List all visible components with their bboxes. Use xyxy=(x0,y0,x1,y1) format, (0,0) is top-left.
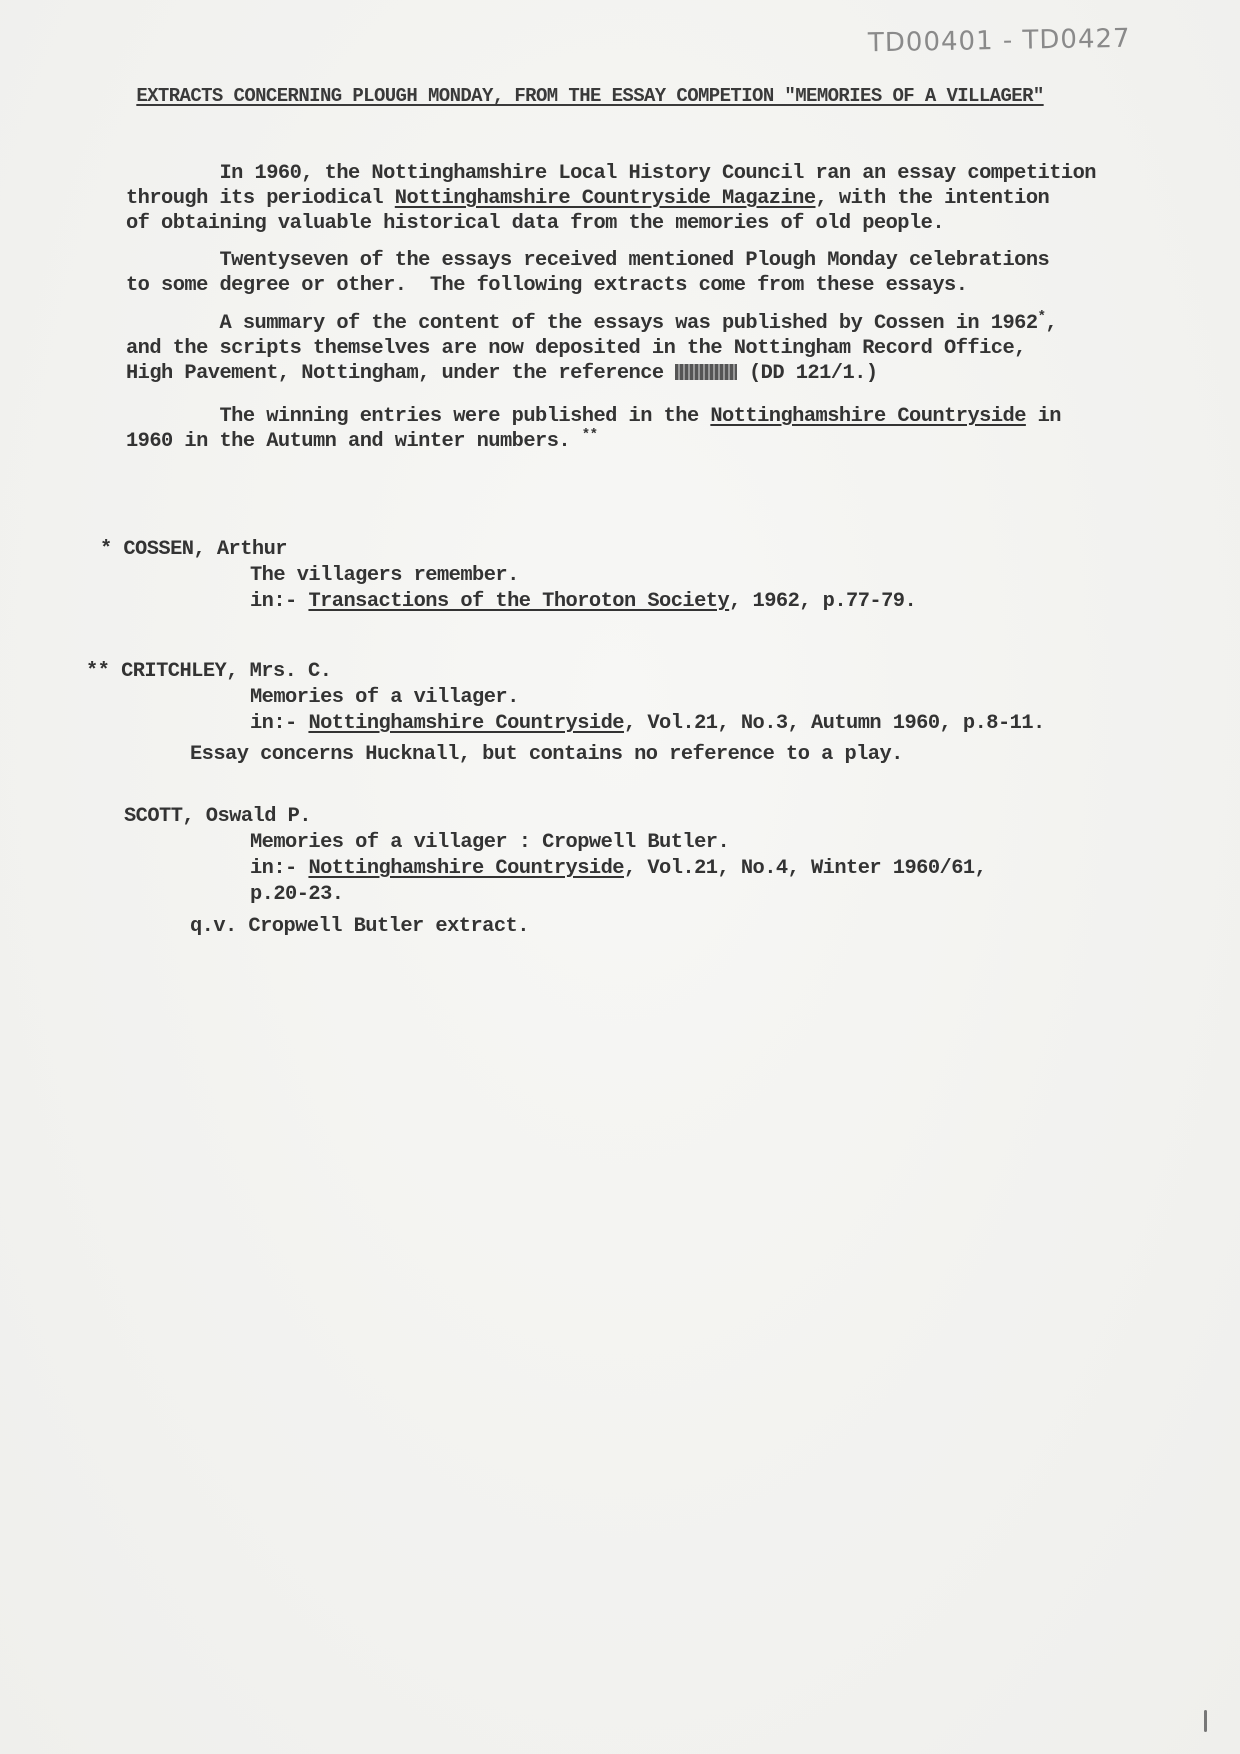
archive-reference-annotation: TD00401 - TD0427 xyxy=(868,24,1131,59)
paragraph-intro: In 1960, the Nottinghamshire Local Histo… xyxy=(126,161,1136,236)
reference-work: Memories of a villager : Cropwell Butler… xyxy=(250,830,729,856)
struck-out-text xyxy=(675,364,737,380)
reference-source: in:- Transactions of the Thoroton Societ… xyxy=(250,589,916,615)
document-page: TD00401 - TD0427 EXTRACTS CONCERNING PLO… xyxy=(0,0,1240,1754)
reference-author: * COSSEN, Arthur xyxy=(100,537,287,563)
reference-author: SCOTT, Oswald P. xyxy=(124,804,311,830)
magazine-title: Nottinghamshire Countryside xyxy=(710,405,1026,428)
reference-note: q.v. Cropwell Butler extract. xyxy=(190,914,529,940)
reference-source: in:- Nottinghamshire Countryside, Vol.21… xyxy=(250,856,986,882)
reference-work: The villagers remember. xyxy=(250,563,519,589)
document-title: EXTRACTS CONCERNING PLOUGH MONDAY, FROM … xyxy=(120,84,1060,108)
page-mark xyxy=(1204,1710,1207,1732)
reference-source: in:- Nottinghamshire Countryside, Vol.21… xyxy=(250,711,1045,737)
paragraph-essays: Twentyseven of the essays received menti… xyxy=(126,248,1136,298)
paragraph-summary: A summary of the content of the essays w… xyxy=(126,311,1136,386)
paragraph-winning-entries: The winning entries were published in th… xyxy=(126,404,1136,454)
reference-work: Memories of a villager. xyxy=(250,685,519,711)
reference-author: ** CRITCHLEY, Mrs. C. xyxy=(86,659,331,685)
reference-pages: p.20-23. xyxy=(250,882,344,908)
reference-note: Essay concerns Hucknall, but contains no… xyxy=(190,742,903,768)
magazine-title: Nottinghamshire Countryside Magazine xyxy=(395,187,816,210)
